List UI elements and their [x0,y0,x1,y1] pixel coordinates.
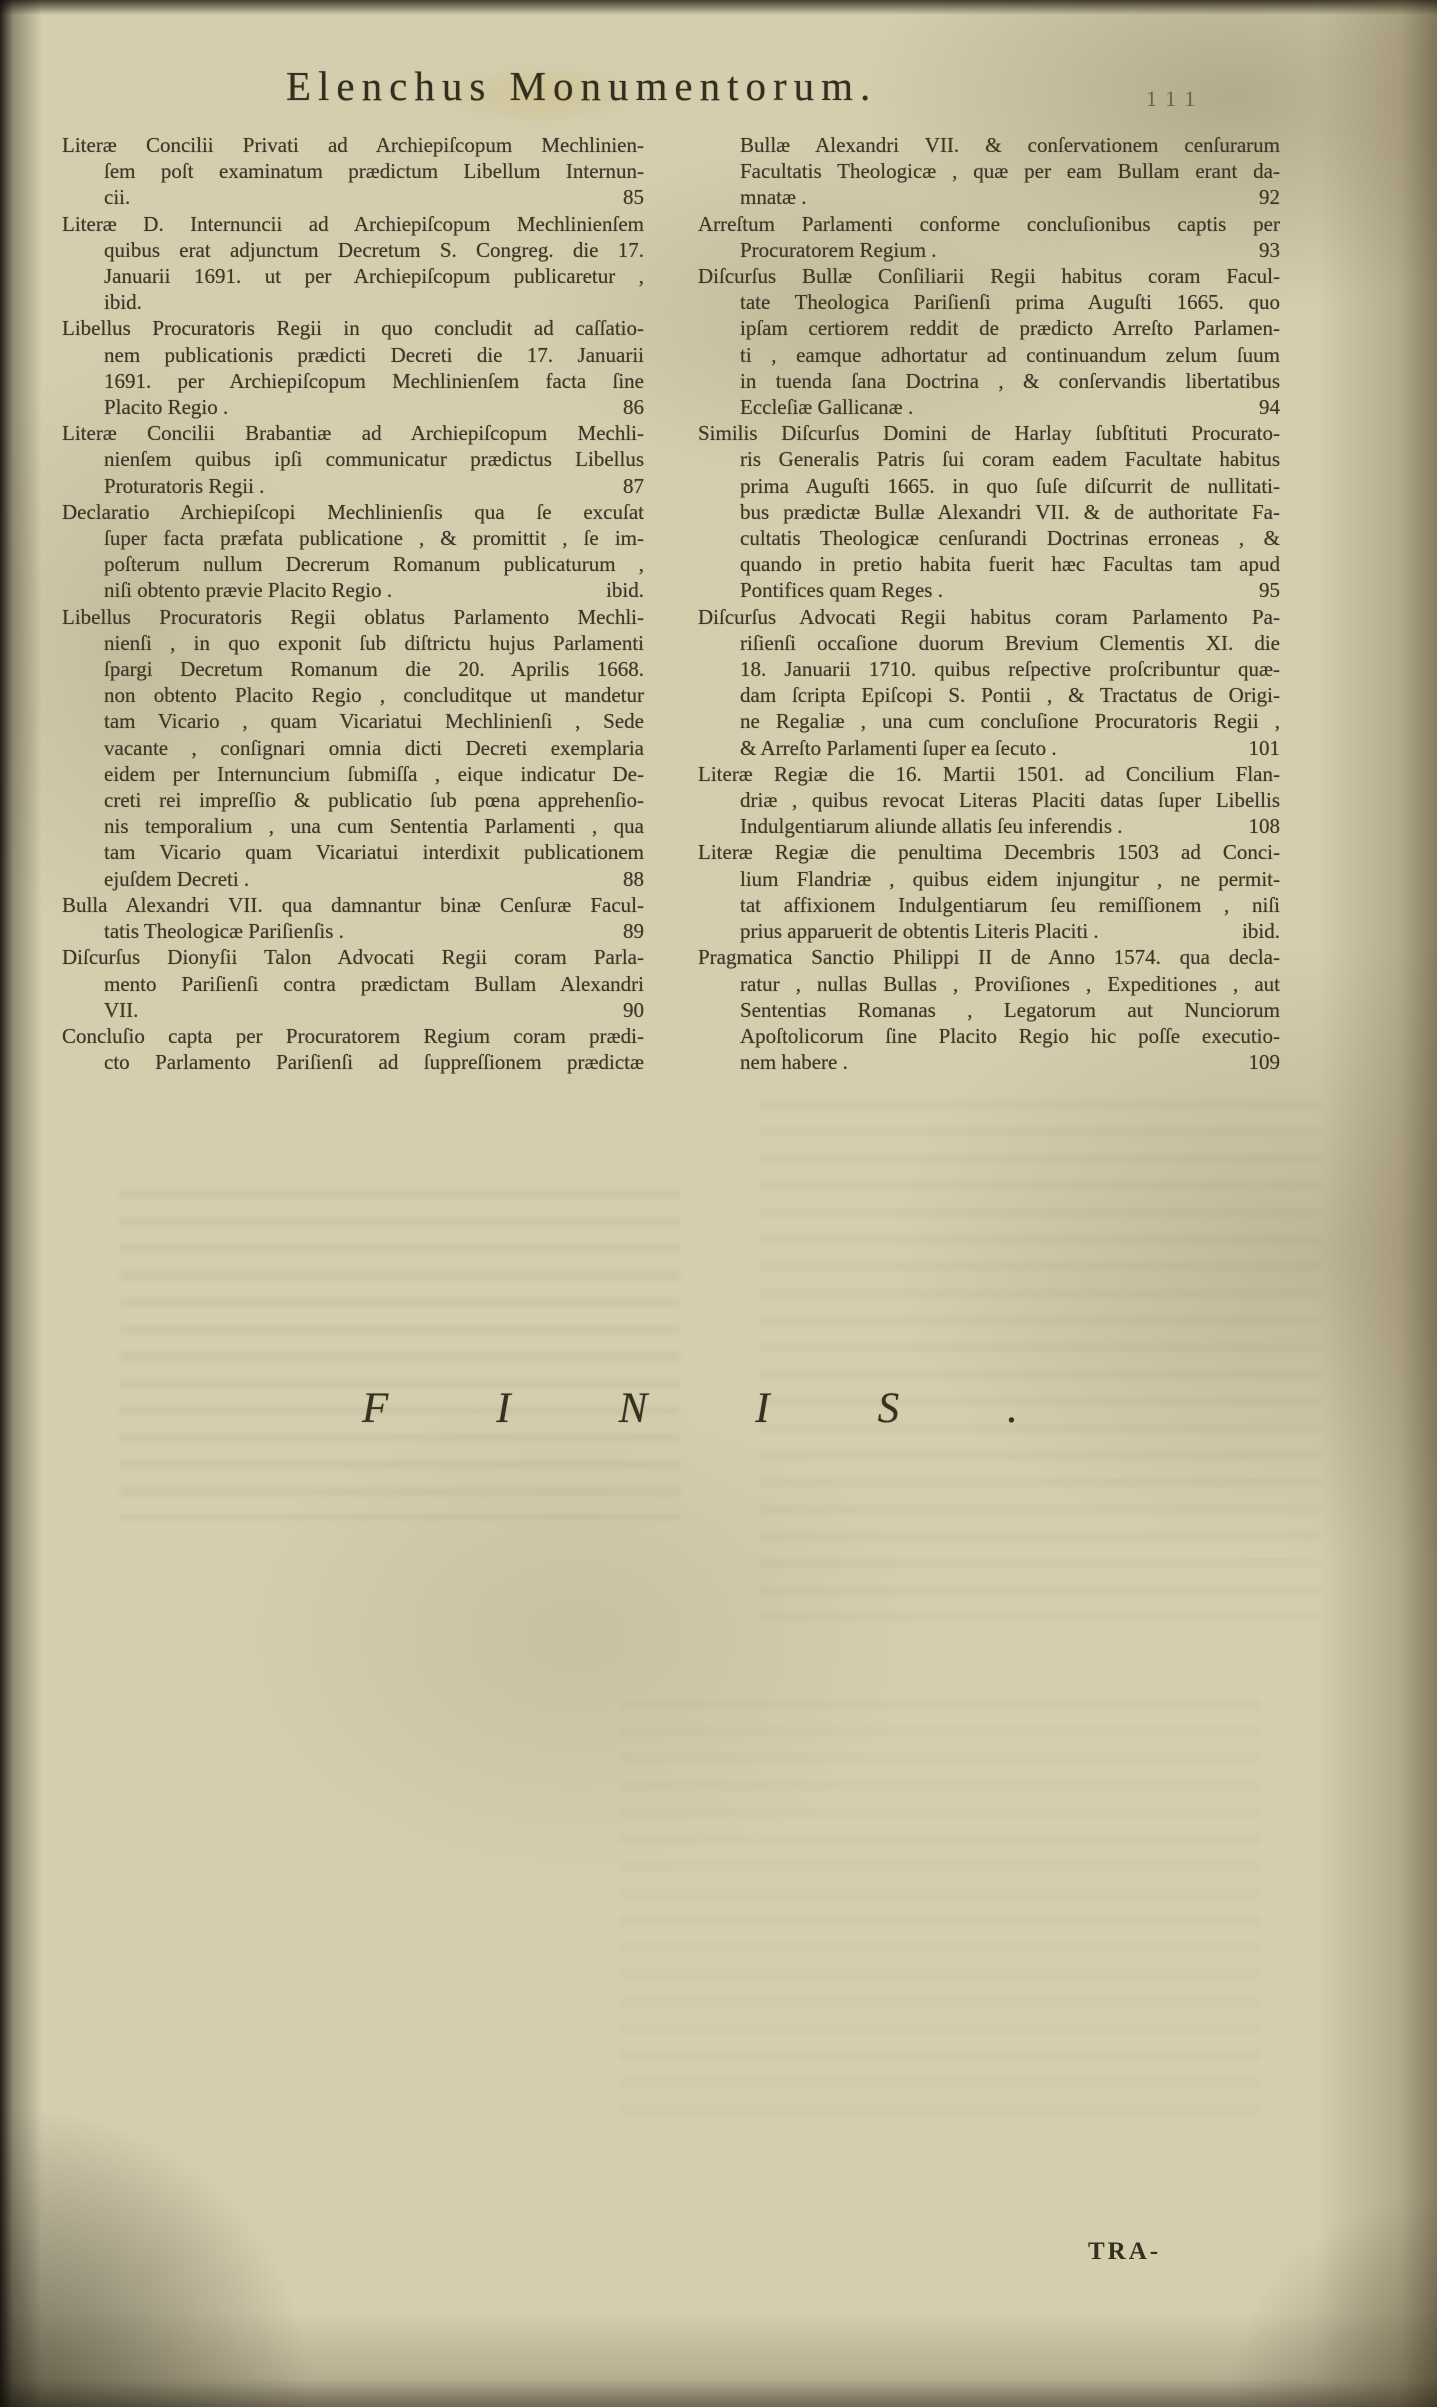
entry-line: 18. Januarii 1710. quibus reſpective pro… [698,656,1280,682]
entry-last-line: Eccleſiæ Gallicanæ .94 [698,394,1280,420]
entry-line: tat affixionem Indulgentiarum ſeu remiſſ… [698,892,1280,918]
entry-line: Bulla Alexandri VII. qua damnantur binæ … [62,892,644,918]
entry-text: ejuſdem Decreti . [62,866,249,892]
entry-line: driæ , quibus revocat Literas Placiti da… [698,787,1280,813]
entry-page-ref: 108 [1237,813,1281,839]
entry-page-ref: ibid. [1230,918,1280,944]
entry-last-line: VII.90 [62,997,644,1023]
entry-line: tam Vicario quam Vicariatui interdixit p… [62,839,644,865]
entry-line: ipſam certiorem reddit de prædicto Arreſ… [698,315,1280,341]
entry-line: Arreſtum Parlamenti conforme concluſioni… [698,211,1280,237]
entry-text: ibid. [62,289,142,315]
entry-line: prima Auguſti 1665. in quo ſuſe diſcurri… [698,473,1280,499]
entry-page-ref: 85 [611,184,644,210]
index-entry: Libellus Procuratoris Regii oblatus Parl… [62,604,644,892]
entry-line: quibus erat adjunctum Decretum S. Congre… [62,237,644,263]
entry-text: nem habere . [698,1049,848,1075]
entry-line: Diſcurſus Bullæ Conſiliarii Regii habitu… [698,263,1280,289]
show-through-stain [760,1100,1320,1620]
entry-text: prius apparuerit de obtentis Literis Pla… [698,918,1099,944]
entry-last-line: Procuratorem Regium .93 [698,237,1280,263]
index-entry: Literæ D. Internuncii ad Archiepiſcopum … [62,211,644,316]
index-entry: Similis Diſcurſus Domini de Harlay ſubſt… [698,420,1280,603]
entry-line: riſienſi occaſione duorum Brevium Clemen… [698,630,1280,656]
entry-last-line: Indulgentiarum aliunde allatis ſeu infer… [698,813,1280,839]
entry-last-line: Proturatoris Regii .87 [62,473,644,499]
entry-last-line: nem habere .109 [698,1049,1280,1075]
entry-text: Proturatoris Regii . [62,473,264,499]
index-entry: Diſcurſus Bullæ Conſiliarii Regii habitu… [698,263,1280,420]
entry-page-ref [632,289,644,315]
index-entry: Literæ Regiæ die 16. Martii 1501. ad Con… [698,761,1280,840]
entry-text: Pontifices quam Reges . [698,577,943,603]
index-entry: Diſcurſus Advocati Regii habitus coram P… [698,604,1280,761]
catchword: TRA- [1088,2238,1161,2266]
entry-line: nienſem quibus ipſi communicatur prædict… [62,446,644,472]
entry-page-ref: 86 [611,394,644,420]
entry-last-line: prius apparuerit de obtentis Literis Pla… [698,918,1280,944]
entry-line: Declaratio Archiepiſcopi Mechlinienſis q… [62,499,644,525]
entry-line: creti rei impreſſio & publicatio ſub pœn… [62,787,644,813]
entry-line: poſterum nullum Decrerum Romanum publica… [62,551,644,577]
folio-number: 111 [1146,86,1204,112]
entry-page-ref: 109 [1237,1049,1281,1075]
entry-line: vacante , conſignari omnia dicti Decreti… [62,735,644,761]
index-column-left: Literæ Concilii Privati ad Archiepiſcopu… [62,132,644,1075]
entry-line: Pragmatica Sanctio Philippi II de Anno 1… [698,944,1280,970]
index-entry: Libellus Procuratoris Regii in quo concl… [62,315,644,420]
entry-line: Diſcurſus Dionyſii Talon Advocati Regii … [62,944,644,970]
entry-last-line: Placito Regio .86 [62,394,644,420]
entry-last-line: & Arreſto Parlamenti ſuper ea ſecuto .10… [698,735,1280,761]
entry-line: mento Pariſienſi contra prædictam Bullam… [62,971,644,997]
index-column-right: Bullæ Alexandri VII. & conſervationem ce… [698,132,1280,1075]
entry-line: nis temporalium , una cum Sententia Parl… [62,813,644,839]
entry-line: Literæ Concilii Brabantiæ ad Archiepiſco… [62,420,644,446]
entry-line: ratur , nullas Bullas , Proviſiones , Ex… [698,971,1280,997]
index-entry: Literæ Concilii Brabantiæ ad Archiepiſco… [62,420,644,499]
index-entry: Arreſtum Parlamenti conforme concluſioni… [698,211,1280,263]
entry-line: Facultatis Theologicæ , quæ per eam Bull… [698,158,1280,184]
entry-line: lium Flandriæ , quibus eidem injungitur … [698,866,1280,892]
entry-last-line: ibid. [62,289,644,315]
entry-last-line: niſi obtento prævie Placito Regio .ibid. [62,577,644,603]
entry-text: cii. [62,184,130,210]
entry-last-line: Pontifices quam Reges .95 [698,577,1280,603]
entry-line: bus prædictæ Bullæ Alexandri VII. & de a… [698,499,1280,525]
entry-text: Indulgentiarum aliunde allatis ſeu infer… [698,813,1123,839]
entry-text: tatis Theologicæ Pariſienſis . [62,918,344,944]
entry-line: eidem per Internuncium ſubmiſſa , eique … [62,761,644,787]
entry-line: Libellus Procuratoris Regii in quo concl… [62,315,644,341]
page-title: Elenchus Monumentorum. [286,62,877,110]
index-entry: Literæ Concilii Privati ad Archiepiſcopu… [62,132,644,211]
entry-page-ref: 93 [1247,237,1280,263]
entry-line: Literæ Regiæ die 16. Martii 1501. ad Con… [698,761,1280,787]
entry-text: VII. [62,997,138,1023]
entry-text: mnatæ . [698,184,807,210]
entry-line: cto Parlamento Pariſienſi ad ſuppreſſion… [62,1049,644,1075]
entry-page-ref: 92 [1247,184,1280,210]
entry-line: ſpargi Decretum Romanum die 20. Aprilis … [62,656,644,682]
book-page-scan: Elenchus Monumentorum. 111 Literæ Concil… [0,0,1437,2407]
entry-last-line: ejuſdem Decreti .88 [62,866,644,892]
entry-line: Bullæ Alexandri VII. & conſervationem ce… [698,132,1280,158]
entry-last-line: cii.85 [62,184,644,210]
entry-line: Januarii 1691. ut per Archiepiſcopum pub… [62,263,644,289]
entry-line: non obtento Placito Regio , concluditque… [62,682,644,708]
index-entry: Concluſio capta per Procuratorem Regium … [62,1023,644,1075]
entry-line: dam ſcripta Epiſcopi S. Pontii , & Tract… [698,682,1280,708]
entry-page-ref: 89 [611,918,644,944]
entry-line: Literæ Concilii Privati ad Archiepiſcopu… [62,132,644,158]
index-entry: Diſcurſus Dionyſii Talon Advocati Regii … [62,944,644,1023]
entry-page-ref: 94 [1247,394,1280,420]
entry-line: cultatis Theologicæ cenſurandi Doctrinas… [698,525,1280,551]
show-through-stain [120,1190,680,1520]
entry-text: Procuratorem Regium . [698,237,937,263]
entry-line: Literæ Regiæ die penultima Decembris 150… [698,839,1280,865]
entry-line: Literæ D. Internuncii ad Archiepiſcopum … [62,211,644,237]
entry-line: Concluſio capta per Procuratorem Regium … [62,1023,644,1049]
entry-line: nienſi , in quo exponit ſub diſtrictu hu… [62,630,644,656]
entry-line: Libellus Procuratoris Regii oblatus Parl… [62,604,644,630]
entry-line: ti , eamque adhortatur ad continuandum z… [698,342,1280,368]
entry-line: tam Vicario , quam Vicariatui Mechlinien… [62,708,644,734]
entry-page-ref: 90 [611,997,644,1023]
entry-line: Sententias Romanas , Legatorum aut Nunci… [698,997,1280,1023]
entry-last-line: mnatæ .92 [698,184,1280,210]
entry-line: nem publicationis prædicti Decreti die 1… [62,342,644,368]
entry-line: Apoſtolicorum ſine Placito Regio hic poſ… [698,1023,1280,1049]
entry-line: 1691. per Archiepiſcopum Mechlinienſem f… [62,368,644,394]
entry-page-ref: 88 [611,866,644,892]
entry-line: Similis Diſcurſus Domini de Harlay ſubſt… [698,420,1280,446]
show-through-stain [620,1700,1260,2120]
index-entry: Pragmatica Sanctio Philippi II de Anno 1… [698,944,1280,1075]
entry-page-ref: 101 [1237,735,1281,761]
entry-line: quando in pretio habita fuerit hæc Facul… [698,551,1280,577]
entry-line: ris Generalis Patris ſui coram eadem Fac… [698,446,1280,472]
entry-line: ne Regaliæ , una cum concluſione Procura… [698,708,1280,734]
index-entry: Literæ Regiæ die penultima Decembris 150… [698,839,1280,944]
entry-line: Diſcurſus Advocati Regii habitus coram P… [698,604,1280,630]
entry-page-ref: 95 [1247,577,1280,603]
entry-text: niſi obtento prævie Placito Regio . [62,577,392,603]
entry-text: & Arreſto Parlamenti ſuper ea ſecuto . [698,735,1057,761]
entry-page-ref: ibid. [594,577,644,603]
index-entry: Bulla Alexandri VII. qua damnantur binæ … [62,892,644,944]
entry-text: Eccleſiæ Gallicanæ . [698,394,913,420]
index-entry: Bullæ Alexandri VII. & conſervationem ce… [698,132,1280,211]
entry-last-line: tatis Theologicæ Pariſienſis .89 [62,918,644,944]
entry-line: tate Theologica Pariſienſi prima Auguſti… [698,289,1280,315]
entry-text: Placito Regio . [62,394,228,420]
entry-page-ref: 87 [611,473,644,499]
entry-line: in tuenda ſana Doctrina , & conſervandis… [698,368,1280,394]
entry-line: ſem poſt examinatum prædictum Libellum I… [62,158,644,184]
entry-line: ſuper facta præfata publicatione , & pro… [62,525,644,551]
index-entry: Declaratio Archiepiſcopi Mechlinienſis q… [62,499,644,604]
